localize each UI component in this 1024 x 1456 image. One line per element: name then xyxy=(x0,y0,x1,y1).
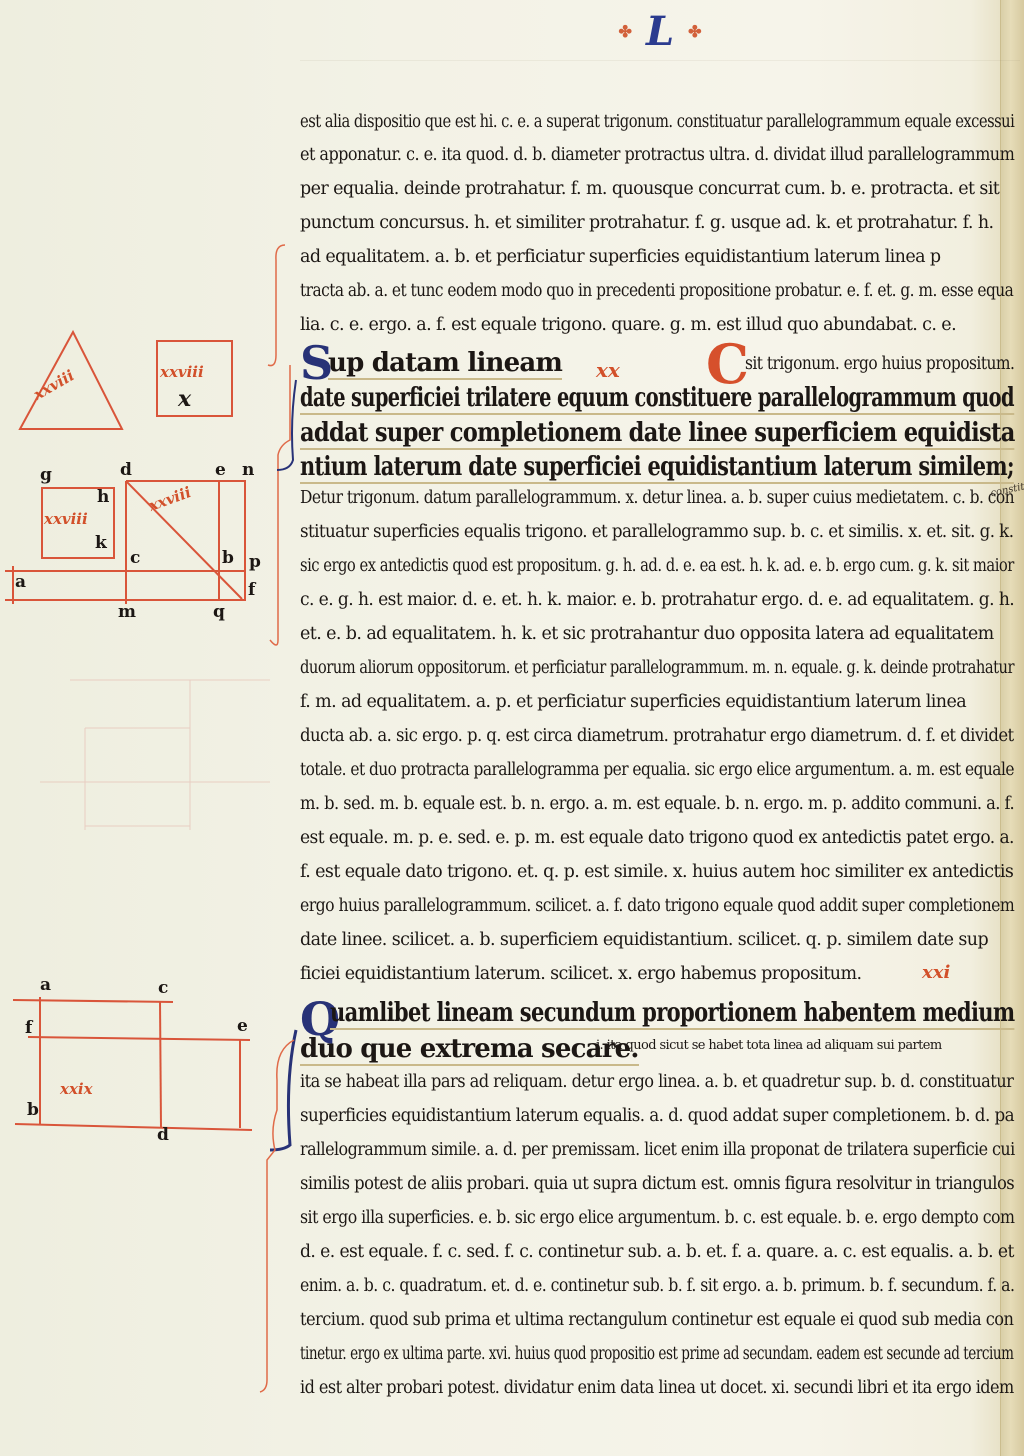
rectangle-label: xxix xyxy=(60,1080,93,1098)
square-x-label: xxviii xyxy=(160,363,204,381)
margin-diagrams: xxviii xxviii x g h k xxviii d e n c b p… xyxy=(0,0,290,1456)
small-square-label: xxviii xyxy=(44,510,88,528)
text-line: est alia dispositio que est hi. c. e. a … xyxy=(300,112,1014,132)
square-x-letter: x xyxy=(178,386,191,412)
text-line: est equale. m. p. e. sed. e. p. m. est e… xyxy=(300,828,1014,848)
point-a: a xyxy=(15,572,26,592)
quatrefoil-ornament-right-icon: ✤ xyxy=(688,22,701,41)
point-e2: e xyxy=(237,1016,248,1036)
point-p: p xyxy=(249,552,261,572)
point-d2: d xyxy=(157,1125,169,1145)
text-line: rallelogrammum simile. a. d. per premiss… xyxy=(300,1140,1015,1160)
point-e: e xyxy=(215,460,226,480)
quatrefoil-ornament-left-icon: ✤ xyxy=(619,22,632,41)
text-line: f. est equale dato trigono. et. q. p. es… xyxy=(300,862,1013,882)
point-c2: c xyxy=(158,978,168,998)
proposition-heading: up datam lineam xyxy=(328,348,562,380)
text-line: m. b. sed. m. b. equale est. b. n. ergo.… xyxy=(300,794,1014,814)
text-line: similis potest de aliis probari. quia ut… xyxy=(300,1174,1014,1194)
text-line: f. m. ad equalitatem. a. p. et perficiat… xyxy=(300,692,966,712)
point-d: d xyxy=(120,460,132,480)
text-line: et. e. b. ad equalitatem. h. k. et sic p… xyxy=(300,624,994,644)
text-line: tercium. quod sub prima et ultima rectan… xyxy=(300,1310,1013,1330)
text-line: stituatur superficies equalis trigono. e… xyxy=(300,522,1013,542)
text-line: sit ergo illa superficies. e. b. sic erg… xyxy=(300,1208,1014,1228)
text-line: d. e. est equale. f. c. sed. f. c. conti… xyxy=(300,1242,1014,1262)
point-b: b xyxy=(222,548,234,568)
text-line: ergo huius parallelogrammum. scilicet. a… xyxy=(300,896,1014,916)
point-m: m xyxy=(118,602,136,622)
text-line: Detur trigonum. datum parallelogrammum. … xyxy=(300,488,1014,508)
rubric-insert-text: sit trigonum. ergo huius propositum. xyxy=(745,354,1014,374)
point-b2: b xyxy=(27,1100,39,1120)
heading-tail-gloss: i. ita quod sicut se habet tota linea ad… xyxy=(596,1038,942,1053)
point-n: n xyxy=(242,460,254,480)
proposition-number: xx xyxy=(596,358,620,382)
proposition-heading: uamlibet lineam secundum proportionem ha… xyxy=(330,998,1015,1030)
proposition-heading: date superficiei trilatere equum constit… xyxy=(300,383,1014,415)
text-line: tracta ab. a. et tunc eodem modo quo in … xyxy=(300,281,1013,301)
text-line: id est alter probari potest. dividatur e… xyxy=(300,1378,1014,1398)
proposition-number: xxi xyxy=(922,962,950,983)
running-letter: L xyxy=(646,8,674,55)
text-line: ficiei equidistantium laterum. scilicet.… xyxy=(300,964,861,984)
point-g: g xyxy=(40,465,52,485)
text-line: per equalia. deinde protrahatur. f. m. q… xyxy=(300,179,999,199)
text-line: ita se habeat illa pars ad reliquam. det… xyxy=(300,1072,1013,1092)
text-line: date linee. scilicet. a. b. superficiem … xyxy=(300,930,988,950)
text-line: et apponatur. c. e. ita quod. d. b. diam… xyxy=(300,145,1014,165)
text-line: duorum aliorum oppositorum. et perficiat… xyxy=(300,658,1014,678)
text-line: lia. c. e. ergo. a. f. est equale trigon… xyxy=(300,315,956,335)
proposition-heading: addat super completionem date linee supe… xyxy=(300,418,1015,450)
text-line: superficies equidistantium laterum equal… xyxy=(300,1106,1014,1126)
point-f2: f xyxy=(25,1018,32,1038)
proposition-heading: duo que extrema secare. xyxy=(300,1034,639,1066)
proposition-heading: ntium laterum date superficiei equidista… xyxy=(300,452,1014,484)
point-q: q xyxy=(213,602,225,622)
text-line: c. e. g. h. est maior. d. e. et. h. k. m… xyxy=(300,590,1014,610)
point-f: f xyxy=(248,580,255,600)
point-a2: a xyxy=(40,975,51,995)
text-line: sic ergo ex antedictis quod est proposit… xyxy=(300,556,1014,576)
text-line: ducta ab. a. sic ergo. p. q. est circa d… xyxy=(300,726,1014,746)
text-line: totale. et duo protracta parallelogramma… xyxy=(300,760,1014,780)
text-line: ad equalitatem. a. b. et perficiatur sup… xyxy=(300,247,941,267)
text-line: tinetur. ergo ex ultima parte. xvi. huiu… xyxy=(300,1344,1013,1364)
text-line: punctum concursus. h. et similiter protr… xyxy=(300,213,993,233)
point-c: c xyxy=(130,548,140,568)
point-h: h xyxy=(97,487,109,507)
text-line: enim. a. b. c. quadratum. et. d. e. cont… xyxy=(300,1276,1014,1296)
geometric-figures xyxy=(0,0,300,1456)
running-header: ✤ L ✤ xyxy=(615,6,705,56)
point-k: k xyxy=(95,533,107,553)
